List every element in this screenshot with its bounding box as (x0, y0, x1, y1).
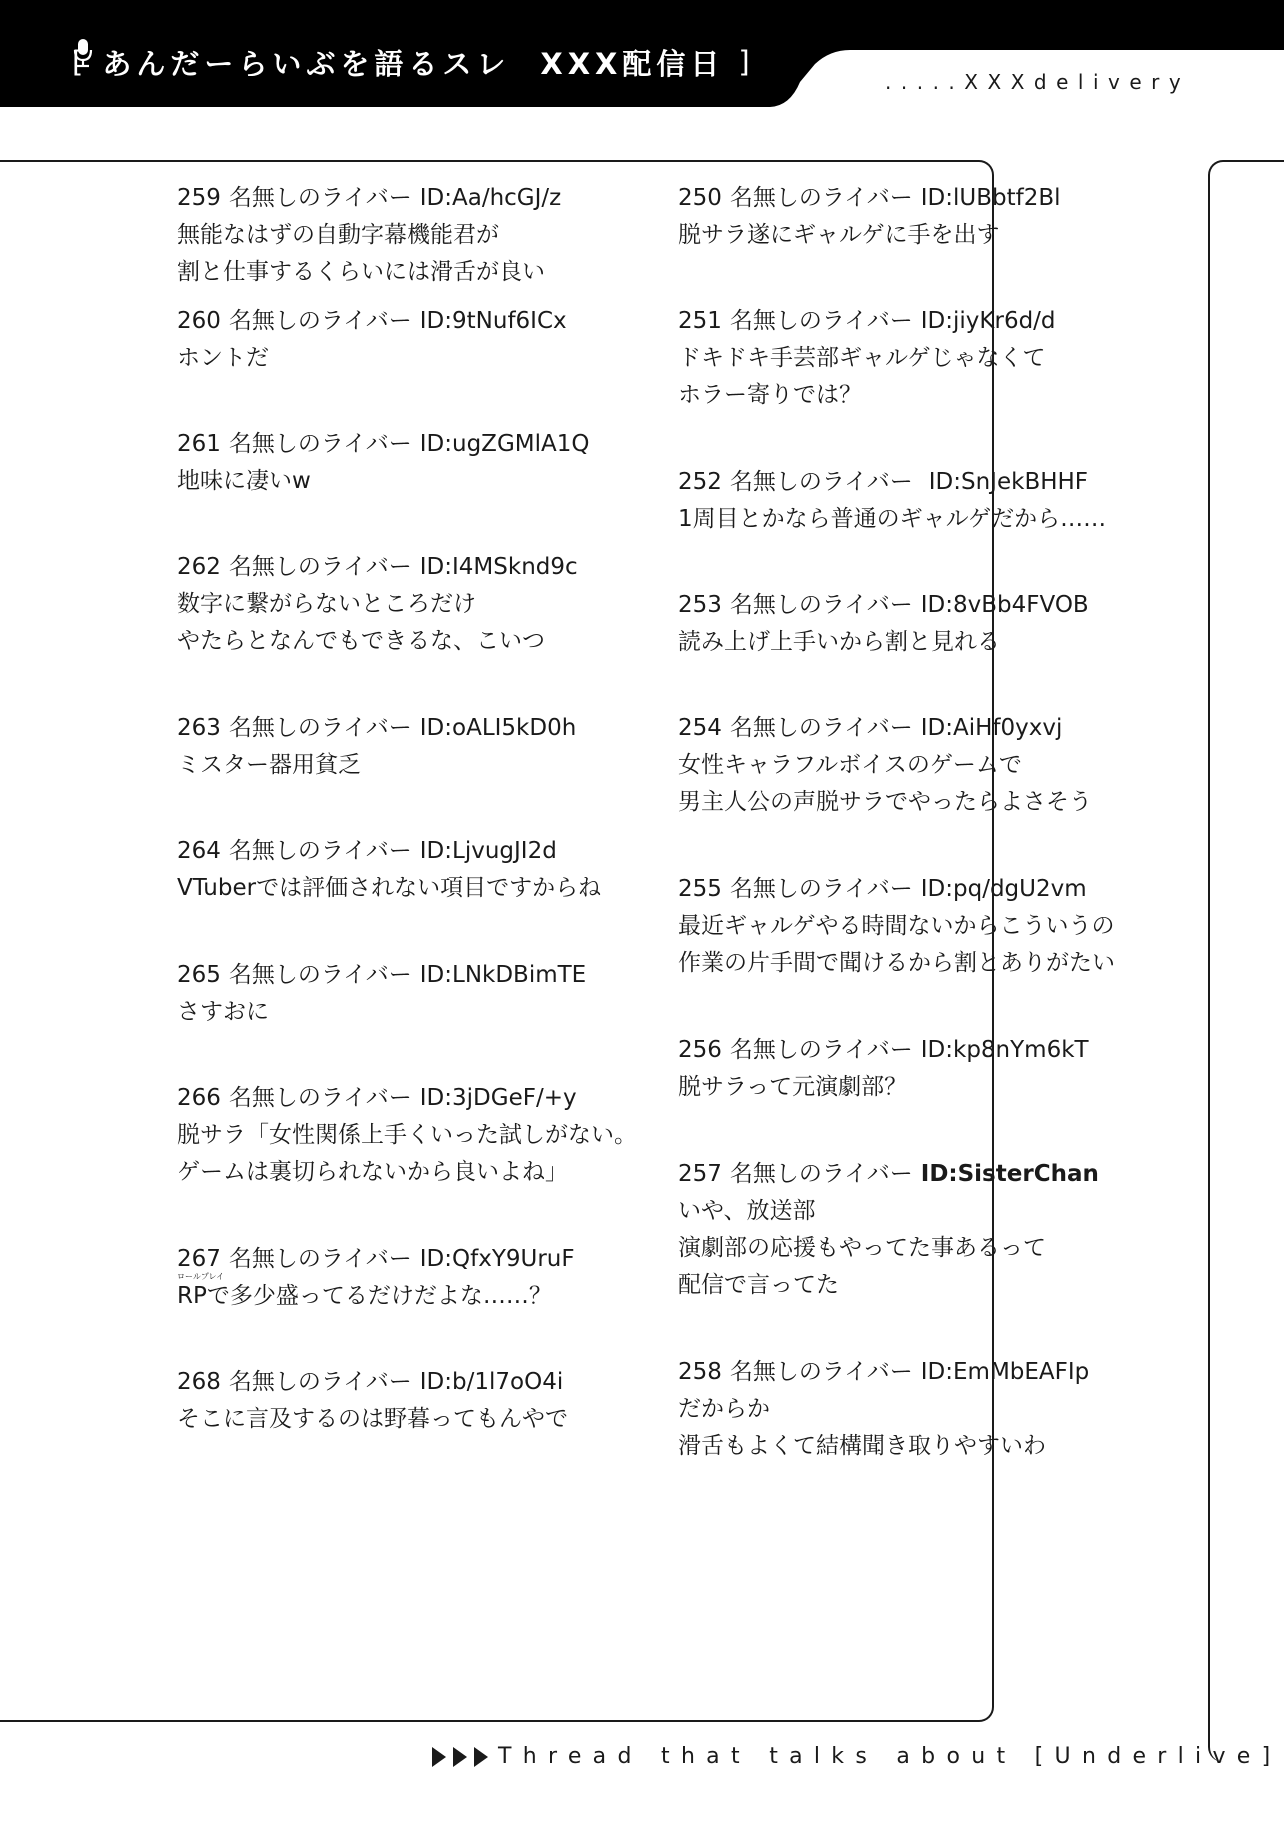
poster-name: 名無しのライバー (229, 1246, 412, 1272)
post-header: 267名無しのライバーID:QfxY9UruF (177, 1241, 697, 1278)
post-text: 男主人公の声脱サラでやったらよさそう (678, 784, 1198, 821)
post-text: そこに言及するのは野暮ってもんやで (177, 1401, 697, 1438)
post-header: 266名無しのライバーID:3jDGeF/+y (177, 1080, 697, 1117)
poster-id: ID:Aa/hcGJ/z (420, 185, 561, 211)
post-header: 251名無しのライバーID:jiyKr6d/d (678, 303, 1198, 340)
poster-id: ID:3jDGeF/+y (420, 1085, 577, 1111)
post-number: 255 (678, 876, 722, 902)
post-262: 262名無しのライバーID:I4MSknd9c 数字に繋がらないところだけ やた… (177, 549, 697, 660)
post-header: 255名無しのライバーID:pq/dgU2vm (678, 871, 1198, 908)
post-265: 265名無しのライバーID:LNkDBimTE さすおに (177, 957, 697, 1031)
post-number: 268 (177, 1369, 221, 1395)
poster-id: ID:I4MSknd9c (420, 554, 578, 580)
post-250: 250名無しのライバーID:lUBbtf2Bl 脱サラ遂にギャルゲに手を出す (678, 180, 1198, 254)
post-252: 252名無しのライバーID:SnJekBHHF 1周目とかなら普通のギャルゲだか… (678, 464, 1198, 538)
post-text: 割と仕事するくらいには滑舌が良い (177, 254, 697, 291)
poster-name: 名無しのライバー (229, 1085, 412, 1111)
post-number: 260 (177, 308, 221, 334)
post-254: 254名無しのライバーID:AiHf0yxvj 女性キャラフルボイスのゲームで … (678, 710, 1198, 821)
post-text: 数字に繋がらないところだけ (177, 586, 697, 623)
triangle-right-icon (432, 1747, 446, 1767)
post-text: 演劇部の応援もやってた事あるって (678, 1230, 1198, 1267)
post-256: 256名無しのライバーID:kp8nYm6kT 脱サラって元演劇部？ (678, 1032, 1198, 1106)
post-header: 257名無しのライバーID:SisterChan (678, 1156, 1198, 1193)
poster-name: 名無しのライバー (730, 876, 913, 902)
post-text: ドキドキ手芸部ギャルゲじゃなくて (678, 340, 1198, 377)
poster-name: 名無しのライバー (229, 1369, 412, 1395)
post-255: 255名無しのライバーID:pq/dgU2vm 最近ギャルゲやる時間ないからこう… (678, 871, 1198, 982)
poster-id-highlighted: ID:SisterChan (921, 1161, 1099, 1187)
post-number: 263 (177, 715, 221, 741)
post-266: 266名無しのライバーID:3jDGeF/+y 脱サラ「女性関係上手くいった試し… (177, 1080, 697, 1191)
post-header: 262名無しのライバーID:I4MSknd9c (177, 549, 697, 586)
post-header: 252名無しのライバーID:SnJekBHHF (678, 464, 1198, 501)
post-text: ゲームは裏切られないから良いよね」 (177, 1154, 697, 1191)
post-text: 滑舌もよくて結構聞き取りやすいわ (678, 1428, 1198, 1465)
post-header: 260名無しのライバーID:9tNuf6ICx (177, 303, 697, 340)
poster-name: 名無しのライバー (730, 1037, 913, 1063)
poster-name: 名無しのライバー (730, 308, 913, 334)
poster-name: 名無しのライバー (229, 962, 412, 988)
poster-id: ID:b/1l7oO4i (420, 1369, 563, 1395)
title-suffix: XXX配信日 (540, 42, 724, 83)
mic-icon (72, 38, 94, 68)
post-header: 254名無しのライバーID:AiHf0yxvj (678, 710, 1198, 747)
poster-id: ID:8vBb4FVOB (921, 592, 1089, 618)
poster-name: 名無しのライバー (229, 554, 412, 580)
post-text: VTuberでは評価されない項目ですからね (177, 870, 697, 907)
post-header: 265名無しのライバーID:LNkDBimTE (177, 957, 697, 994)
post-text: 脱サラ「女性関係上手くいった試しがない。 (177, 1117, 697, 1154)
post-text: 脱サラって元演劇部？ (678, 1069, 1198, 1106)
post-number: 261 (177, 431, 221, 457)
poster-id: ID:SnJekBHHF (929, 469, 1088, 495)
post-text: やたらとなんでもできるな、こいつ (177, 623, 697, 660)
post-text: だからか (678, 1391, 1198, 1428)
post-number: 262 (177, 554, 221, 580)
post-header: 263名無しのライバーID:oALI5kD0h (177, 710, 697, 747)
post-text: ミスター器用貧乏 (177, 747, 697, 784)
footer-caption: Thread that talks about [Underlive] (498, 1744, 1282, 1769)
title-main: あんだーらいぶを語るスレ (102, 42, 510, 83)
footer-arrows (432, 1747, 488, 1767)
poster-id: ID:kp8nYm6kT (921, 1037, 1089, 1063)
poster-id: ID:LNkDBimTE (420, 962, 586, 988)
poster-id: ID:jiyKr6d/d (921, 308, 1056, 334)
post-number: 252 (678, 469, 722, 495)
poster-name: 名無しのライバー (229, 431, 412, 457)
post-text: ホントだ (177, 340, 697, 377)
post-text: 女性キャラフルボイスのゲームで (678, 747, 1198, 784)
post-251: 251名無しのライバーID:jiyKr6d/d ドキドキ手芸部ギャルゲじゃなくて… (678, 303, 1198, 414)
post-header: 253名無しのライバーID:8vBb4FVOB (678, 587, 1198, 624)
post-number: 250 (678, 185, 722, 211)
post-header: 264名無しのライバーID:LjvugJI2d (177, 833, 697, 870)
poster-name: 名無しのライバー (229, 308, 412, 334)
post-258: 258名無しのライバーID:EmMbEAFIp だからか 滑舌もよくて結構聞き取… (678, 1354, 1198, 1465)
post-text: RPで多少盛ってるだけだよな……？ (177, 1283, 552, 1309)
post-268: 268名無しのライバーID:b/1l7oO4i そこに言及するのは野暮ってもんや… (177, 1364, 697, 1438)
post-text: 無能なはずの自動字幕機能君が (177, 217, 697, 254)
title-bracket-close: ] (738, 45, 754, 79)
post-text: いや、放送部 (678, 1193, 1198, 1230)
poster-name: 名無しのライバー (730, 1161, 913, 1187)
post-text: 脱サラ遂にギャルゲに手を出す (678, 217, 1198, 254)
page-footer: Thread that talks about [Underlive] (432, 1744, 1282, 1769)
triangle-right-icon (474, 1747, 488, 1767)
post-264: 264名無しのライバーID:LjvugJI2d VTuberでは評価されない項目… (177, 833, 697, 907)
poster-id: ID:9tNuf6ICx (420, 308, 567, 334)
poster-name: 名無しのライバー (229, 185, 412, 211)
poster-id: ID:QfxY9UruF (420, 1246, 575, 1272)
post-number: 257 (678, 1161, 722, 1187)
poster-id: ID:pq/dgU2vm (921, 876, 1087, 902)
post-number: 265 (177, 962, 221, 988)
triangle-right-icon (453, 1747, 467, 1767)
next-page-frame-edge (1208, 160, 1284, 1762)
post-257: 257名無しのライバーID:SisterChan いや、放送部 演劇部の応援もや… (678, 1156, 1198, 1304)
post-number: 258 (678, 1359, 722, 1385)
post-number: 253 (678, 592, 722, 618)
post-number: 264 (177, 838, 221, 864)
post-text: 配信で言ってた (678, 1267, 1198, 1304)
post-header: 250名無しのライバーID:lUBbtf2Bl (678, 180, 1198, 217)
post-267: 267名無しのライバーID:QfxY9UruF ロールプレイ RPで多少盛ってる… (177, 1241, 697, 1315)
post-260: 260名無しのライバーID:9tNuf6ICx ホントだ (177, 303, 697, 377)
post-text: さすおに (177, 994, 697, 1031)
post-header: 268名無しのライバーID:b/1l7oO4i (177, 1364, 697, 1401)
poster-id: ID:oALI5kD0h (420, 715, 577, 741)
post-header: 261名無しのライバーID:ugZGMlA1Q (177, 426, 697, 463)
thread-title: [ あんだーらいぶを語るスレ XXX配信日 ] (72, 38, 755, 86)
post-text: ホラー寄りでは？ (678, 377, 1198, 414)
poster-name: 名無しのライバー (730, 469, 913, 495)
poster-name: 名無しのライバー (730, 185, 913, 211)
post-263: 263名無しのライバーID:oALI5kD0h ミスター器用貧乏 (177, 710, 697, 784)
post-text-with-ruby: ロールプレイ RPで多少盛ってるだけだよな……？ (177, 1278, 697, 1315)
poster-id: ID:lUBbtf2Bl (921, 185, 1061, 211)
poster-id: ID:ugZGMlA1Q (420, 431, 590, 457)
post-number: 266 (177, 1085, 221, 1111)
post-text: 作業の片手間で聞けるから割とありがたい (678, 945, 1198, 982)
post-number: 251 (678, 308, 722, 334)
post-text: 最近ギャルゲやる時間ないからこういうの (678, 908, 1198, 945)
poster-id: ID:AiHf0yxvj (921, 715, 1063, 741)
ruby-annotation: ロールプレイ (177, 1272, 224, 1282)
poster-name: 名無しのライバー (730, 715, 913, 741)
post-text: 読み上げ上手いから割と見れる (678, 624, 1198, 661)
poster-name: 名無しのライバー (229, 715, 412, 741)
post-number: 267 (177, 1246, 221, 1272)
poster-id: ID:LjvugJI2d (420, 838, 557, 864)
post-header: 258名無しのライバーID:EmMbEAFIp (678, 1354, 1198, 1391)
poster-id: ID:EmMbEAFIp (921, 1359, 1090, 1385)
poster-name: 名無しのライバー (730, 592, 913, 618)
post-header: 256名無しのライバーID:kp8nYm6kT (678, 1032, 1198, 1069)
post-header: 259名無しのライバーID:Aa/hcGJ/z (177, 180, 697, 217)
post-text: 1周目とかなら普通のギャルゲだから…… (678, 501, 1198, 538)
post-261: 261名無しのライバーID:ugZGMlA1Q 地味に凄いw (177, 426, 697, 500)
post-number: 256 (678, 1037, 722, 1063)
post-253: 253名無しのライバーID:8vBb4FVOB 読み上げ上手いから割と見れる (678, 587, 1198, 661)
post-number: 259 (177, 185, 221, 211)
post-259: 259名無しのライバーID:Aa/hcGJ/z 無能なはずの自動字幕機能君が 割… (177, 180, 697, 291)
poster-name: 名無しのライバー (229, 838, 412, 864)
post-number: 254 (678, 715, 722, 741)
poster-name: 名無しのライバー (730, 1359, 913, 1385)
thread-subtitle: .....XXXdelivery (885, 70, 1190, 94)
post-text: 地味に凄いw (177, 463, 697, 500)
